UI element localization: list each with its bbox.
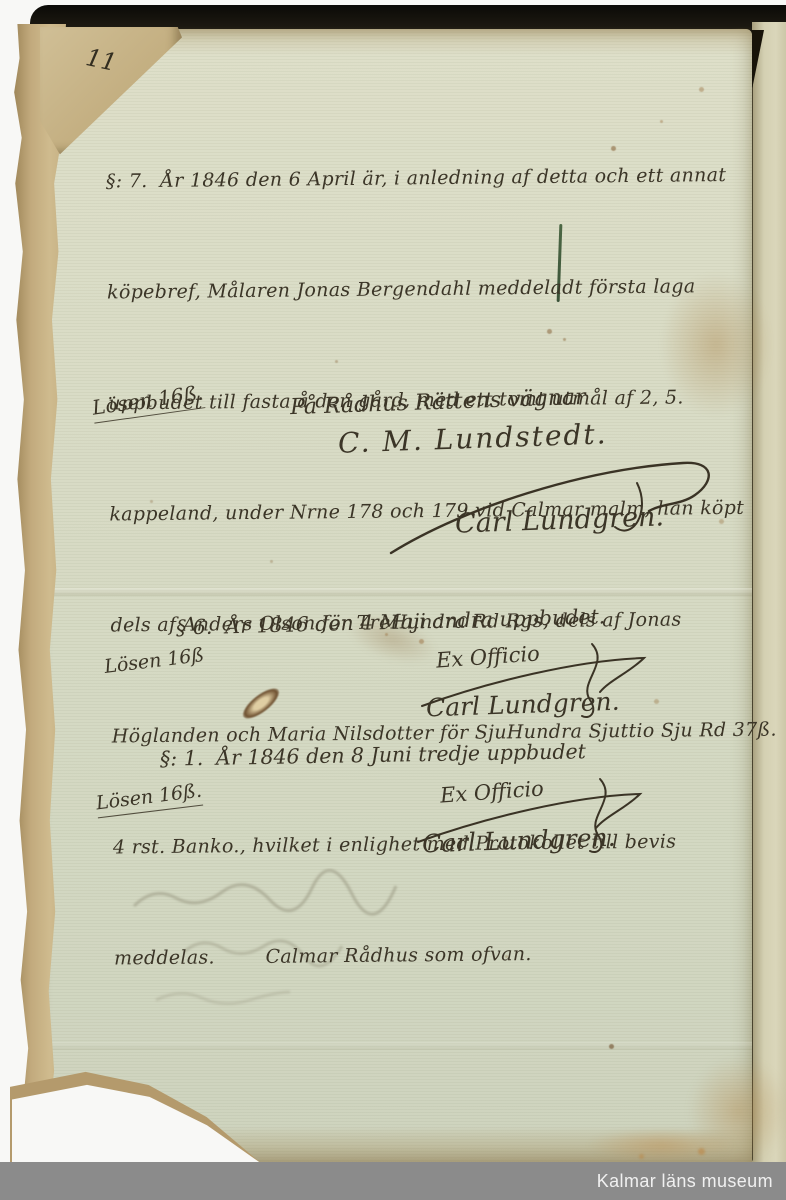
entry1-paragraph: §: 7. År 1846 den 6 April är, i anlednin… bbox=[105, 83, 780, 1052]
corner-pen-mark: 11 bbox=[83, 43, 119, 77]
archival-scan: 11 §: 7. År 1846 den 6 April är, i anled… bbox=[0, 0, 786, 1200]
handwritten-line: §: 7. År 1846 den 6 April är, i anlednin… bbox=[106, 157, 771, 201]
signature-flourish bbox=[385, 445, 725, 560]
handwritten-line: meddelas. Calmar Rådhus som ofvan. bbox=[114, 933, 779, 977]
museum-watermark-bar: Kalmar läns museum bbox=[0, 1162, 786, 1200]
foxing-stain bbox=[586, 1128, 736, 1162]
handwritten-line: köpebref, Målaren Jonas Bergendahl medde… bbox=[107, 268, 772, 312]
museum-watermark-label: Kalmar läns museum bbox=[597, 1171, 786, 1192]
foxing-specks bbox=[0, 0, 3, 3]
